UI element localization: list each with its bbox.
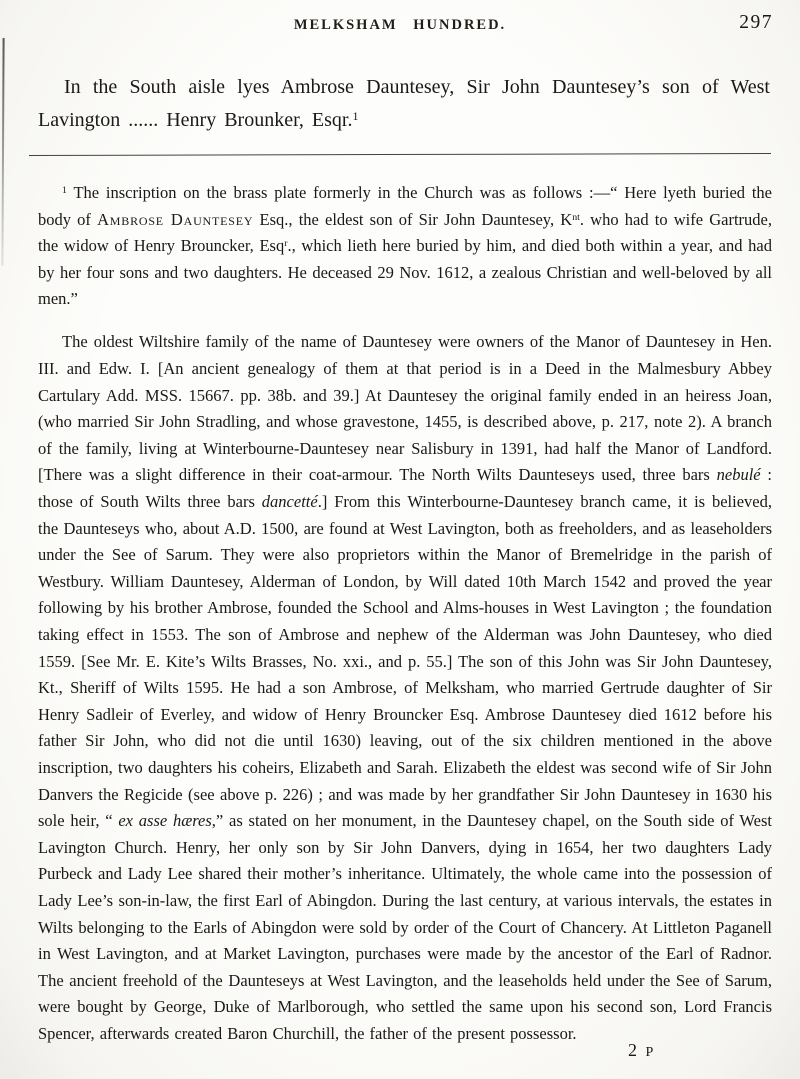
page-number: 297 (739, 12, 773, 34)
running-head: MELKSHAM HUNDRED. (0, 17, 800, 34)
lede-paragraph: In the South aisle lyes Ambrose Dauntese… (38, 71, 770, 137)
body-paragraph: The oldest Wiltshire family of the name … (38, 329, 772, 1047)
page-header: MELKSHAM HUNDRED. 297 (0, 0, 800, 45)
scan-edge-artifact (1, 38, 4, 266)
signature-mark: 2 P (628, 1040, 654, 1061)
footnote-divider (29, 153, 771, 156)
book-page: MELKSHAM HUNDRED. 297 In the South aisle… (0, 0, 800, 1079)
footnote-paragraph: 1 The inscription on the brass plate for… (38, 180, 772, 313)
